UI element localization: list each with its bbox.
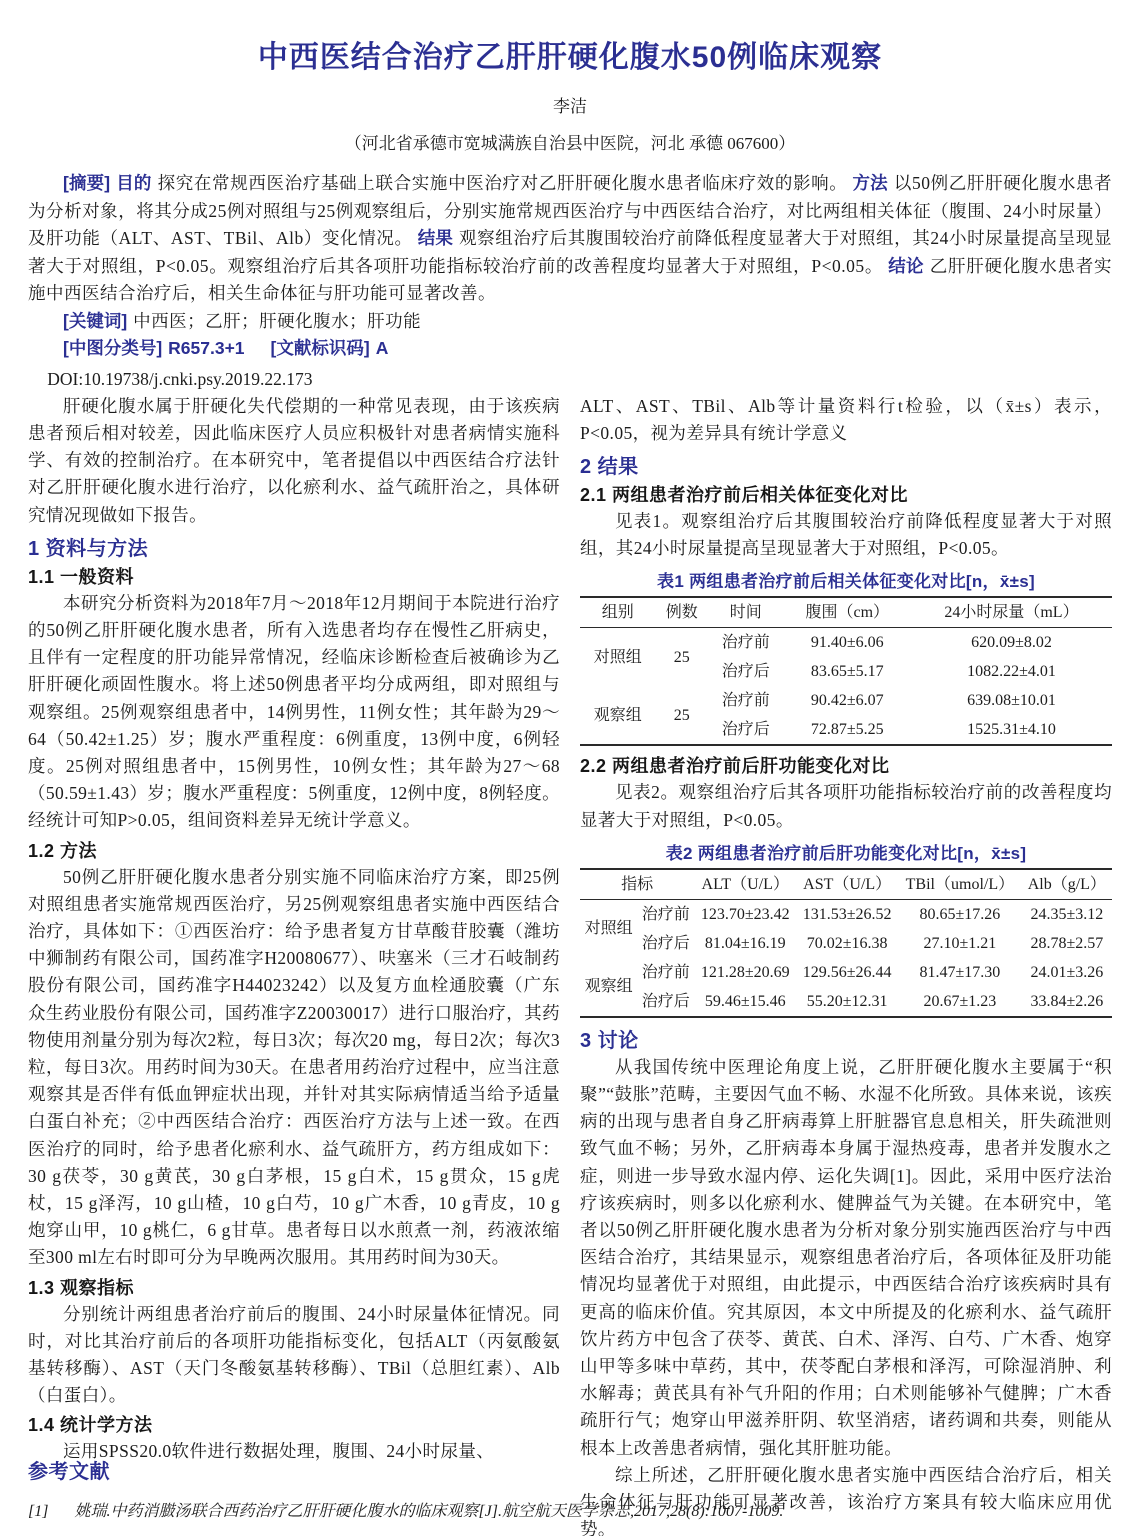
time-cell: 治疗前 <box>637 899 694 929</box>
section-1-1-heading: 1.1 一般资料 <box>28 563 560 589</box>
conclusion-label: 结论 <box>888 256 924 276</box>
intro-paragraph: 肝硬化腹水属于肝硬化失代偿期的一种常见表现，由于该疾病患者预后相对较差，因此临床… <box>28 393 560 529</box>
reference-index: [1] <box>28 1500 48 1524</box>
doi-line: DOI:10.19738/j.cnki.psy.2019.22.173 <box>28 366 560 393</box>
page-title: 中西医结合治疗乙肝肝硬化腹水50例临床观察 <box>28 32 1112 76</box>
group-n-cell: 25 <box>656 628 708 687</box>
section-2-1-heading: 2.1 两组患者治疗前后相关体征变化对比 <box>580 481 1112 507</box>
author-name: 李洁 <box>28 92 1112 117</box>
objective-text: 探究在常规西医治疗基础上联合实施中医治疗对乙肝肝硬化腹水患者临床疗效的影响。 <box>158 173 848 193</box>
table-row: 观察组 治疗前 121.28±20.69 129.56±26.44 81.47±… <box>580 958 1112 987</box>
time-cell: 治疗前 <box>637 958 694 987</box>
alb-cell: 24.01±3.26 <box>1022 958 1112 987</box>
tbil-cell: 80.65±17.26 <box>898 899 1022 929</box>
table-1-caption: 表1 两组患者治疗前后相关体征变化对比[n，x̄±s] <box>580 567 1112 592</box>
time-cell: 治疗前 <box>708 686 784 715</box>
table-1-header-time: 时间 <box>708 597 784 628</box>
girth-cell: 90.42±6.07 <box>784 686 911 715</box>
table-1-header-urine: 24小时尿量（mL） <box>911 597 1112 628</box>
abstract-label: [摘要] <box>63 173 110 193</box>
table-row: 对照组 治疗前 123.70±23.42 131.53±26.52 80.65±… <box>580 899 1112 929</box>
doc-code-label: [文献标识码] <box>271 338 370 358</box>
section-1-1-text: 本研究分析资料为2018年7月～2018年12月期间于本院进行治疗的50例乙肝肝… <box>28 590 560 835</box>
table-1-header-girth: 腹围（cm） <box>784 597 911 628</box>
table-2-header-index: 指标 <box>580 869 694 900</box>
urine-cell: 1525.31±4.10 <box>911 715 1112 745</box>
girth-cell: 83.65±5.17 <box>784 657 911 686</box>
section-1-3-text: 分别统计两组患者治疗前后的腹围、24小时尿量体征情况。同时，对比其治疗前后的各项… <box>28 1301 560 1410</box>
left-column: DOI:10.19738/j.cnki.psy.2019.22.173 肝硬化腹… <box>28 366 560 1536</box>
time-cell: 治疗后 <box>708 657 784 686</box>
urine-cell: 1082.22±4.01 <box>911 657 1112 686</box>
ast-cell: 55.20±12.31 <box>796 987 898 1017</box>
group-name-cell: 观察组 <box>580 958 637 1017</box>
right-column: ALT、AST、TBil、Alb等计量资料行t检验，以（x̄±s）表示，P<0.… <box>580 366 1112 1536</box>
results-label: 结果 <box>418 228 453 248</box>
alt-cell: 59.46±15.46 <box>694 987 796 1017</box>
clc-value: R657.3+1 <box>168 338 244 358</box>
group-name-cell: 对照组 <box>580 899 637 958</box>
doc-code-value: A <box>376 338 389 358</box>
ast-cell: 131.53±26.52 <box>796 899 898 929</box>
group-n-cell: 25 <box>656 686 708 745</box>
section-1-2-text: 50例乙肝肝硬化腹水患者分别实施不同临床治疗方案，即25例对照组患者实施常规西医… <box>28 864 560 1272</box>
alt-cell: 123.70±23.42 <box>694 899 796 929</box>
table-2: 指标 ALT（U/L） AST（U/L） TBil（umol/L） Alb（g/… <box>580 868 1112 1018</box>
table-2-header-tbil: TBil（umol/L） <box>898 869 1022 900</box>
section-2-2-text: 见表2。观察组治疗后其各项肝功能指标较治疗前的改善程度均显著大于对照组，P<0.… <box>580 779 1112 833</box>
tbil-cell: 20.67±1.23 <box>898 987 1022 1017</box>
methods-label: 方法 <box>853 173 888 193</box>
group-name-cell: 对照组 <box>580 628 656 687</box>
section-2-heading: 2 结果 <box>580 450 1112 479</box>
tbil-cell: 27.10±1.21 <box>898 929 1022 958</box>
discussion-paragraph-1: 从我国传统中医理论角度上说，乙肝肝硬化腹水主要属于“积聚”“鼓胀”范畴，主要因气… <box>580 1054 1112 1462</box>
abstract-paragraph: [摘要]目的探究在常规西医治疗基础上联合实施中医治疗对乙肝肝硬化腹水患者临床疗效… <box>28 170 1112 308</box>
section-1-heading: 1 资料与方法 <box>28 532 560 561</box>
alb-cell: 28.78±2.57 <box>1022 929 1112 958</box>
table-row: 对照组 25 治疗前 91.40±6.06 620.09±8.02 <box>580 628 1112 658</box>
table-1-header-group: 组别 <box>580 597 656 628</box>
ast-cell: 70.02±16.38 <box>796 929 898 958</box>
paper-page: 中西医结合治疗乙肝肝硬化腹水50例临床观察 李洁 （河北省承德市宽城满族自治县中… <box>0 0 1132 1536</box>
ast-cell: 129.56±26.44 <box>796 958 898 987</box>
urine-cell: 620.09±8.02 <box>911 628 1112 658</box>
references-section: 参考文献 [1] 姚瑞.中药消臌汤联合西药治疗乙肝肝硬化腹水的临床观察[J].航… <box>28 1455 1112 1524</box>
keywords-line: [关键词]中西医；乙肝；肝硬化腹水；肝功能 <box>28 308 1112 336</box>
statistics-continuation-text: ALT、AST、TBil、Alb等计量资料行t检验，以（x̄±s）表示，P<0.… <box>580 393 1112 447</box>
clc-label: [中图分类号] <box>63 338 162 358</box>
girth-cell: 72.87±5.25 <box>784 715 911 745</box>
section-3-heading: 3 讨论 <box>580 1024 1112 1053</box>
urine-cell: 639.08±10.01 <box>911 686 1112 715</box>
section-2-2-heading: 2.2 两组患者治疗前后肝功能变化对比 <box>580 752 1112 778</box>
girth-cell: 91.40±6.06 <box>784 628 911 658</box>
time-cell: 治疗前 <box>708 628 784 658</box>
reference-text: 姚瑞.中药消臌汤联合西药治疗乙肝肝硬化腹水的临床观察[J].航空航天医学杂志,2… <box>74 1500 783 1524</box>
affiliation: （河北省承德市宽城满族自治县中医院，河北 承德 067600） <box>28 129 1112 154</box>
alt-cell: 121.28±20.69 <box>694 958 796 987</box>
alb-cell: 24.35±3.12 <box>1022 899 1112 929</box>
table-1: 组别 例数 时间 腹围（cm） 24小时尿量（mL） 对照组 25 治疗前 91… <box>580 596 1112 746</box>
tbil-cell: 81.47±17.30 <box>898 958 1022 987</box>
alt-cell: 81.04±16.19 <box>694 929 796 958</box>
objective-label: 目的 <box>116 173 151 193</box>
time-cell: 治疗后 <box>708 715 784 745</box>
section-1-3-heading: 1.3 观察指标 <box>28 1274 560 1300</box>
table-2-header-alb: Alb（g/L） <box>1022 869 1112 900</box>
table-2-caption: 表2 两组患者治疗前后肝功能变化对比[n，x̄±s] <box>580 839 1112 864</box>
group-name-cell: 观察组 <box>580 686 656 745</box>
section-1-4-heading: 1.4 统计学方法 <box>28 1411 560 1437</box>
table-2-header-ast: AST（U/L） <box>796 869 898 900</box>
keywords-label: [关键词] <box>63 311 127 331</box>
section-1-2-heading: 1.2 方法 <box>28 837 560 863</box>
keywords-text: 中西医；乙肝；肝硬化腹水；肝功能 <box>133 311 421 331</box>
table-1-header-row: 组别 例数 时间 腹围（cm） 24小时尿量（mL） <box>580 597 1112 628</box>
section-2-1-text: 见表1。观察组治疗后其腹围较治疗前降低程度显著大于对照组，其24小时尿量提高呈现… <box>580 508 1112 562</box>
table-row: 治疗后 81.04±16.19 70.02±16.38 27.10±1.21 2… <box>580 929 1112 958</box>
alb-cell: 33.84±2.26 <box>1022 987 1112 1017</box>
table-2-header-row: 指标 ALT（U/L） AST（U/L） TBil（umol/L） Alb（g/… <box>580 869 1112 900</box>
clc-line: [中图分类号]R657.3+1[文献标识码]A <box>28 335 1112 363</box>
time-cell: 治疗后 <box>637 929 694 958</box>
table-row: 观察组 25 治疗前 90.42±6.07 639.08±10.01 <box>580 686 1112 715</box>
table-row: 治疗后 59.46±15.46 55.20±12.31 20.67±1.23 3… <box>580 987 1112 1017</box>
table-2-header-alt: ALT（U/L） <box>694 869 796 900</box>
references-heading: 参考文献 <box>28 1455 1112 1484</box>
table-1-header-n: 例数 <box>656 597 708 628</box>
two-column-body: DOI:10.19738/j.cnki.psy.2019.22.173 肝硬化腹… <box>28 366 1112 1536</box>
time-cell: 治疗后 <box>637 987 694 1017</box>
reference-item: [1] 姚瑞.中药消臌汤联合西药治疗乙肝肝硬化腹水的临床观察[J].航空航天医学… <box>28 1500 1112 1524</box>
